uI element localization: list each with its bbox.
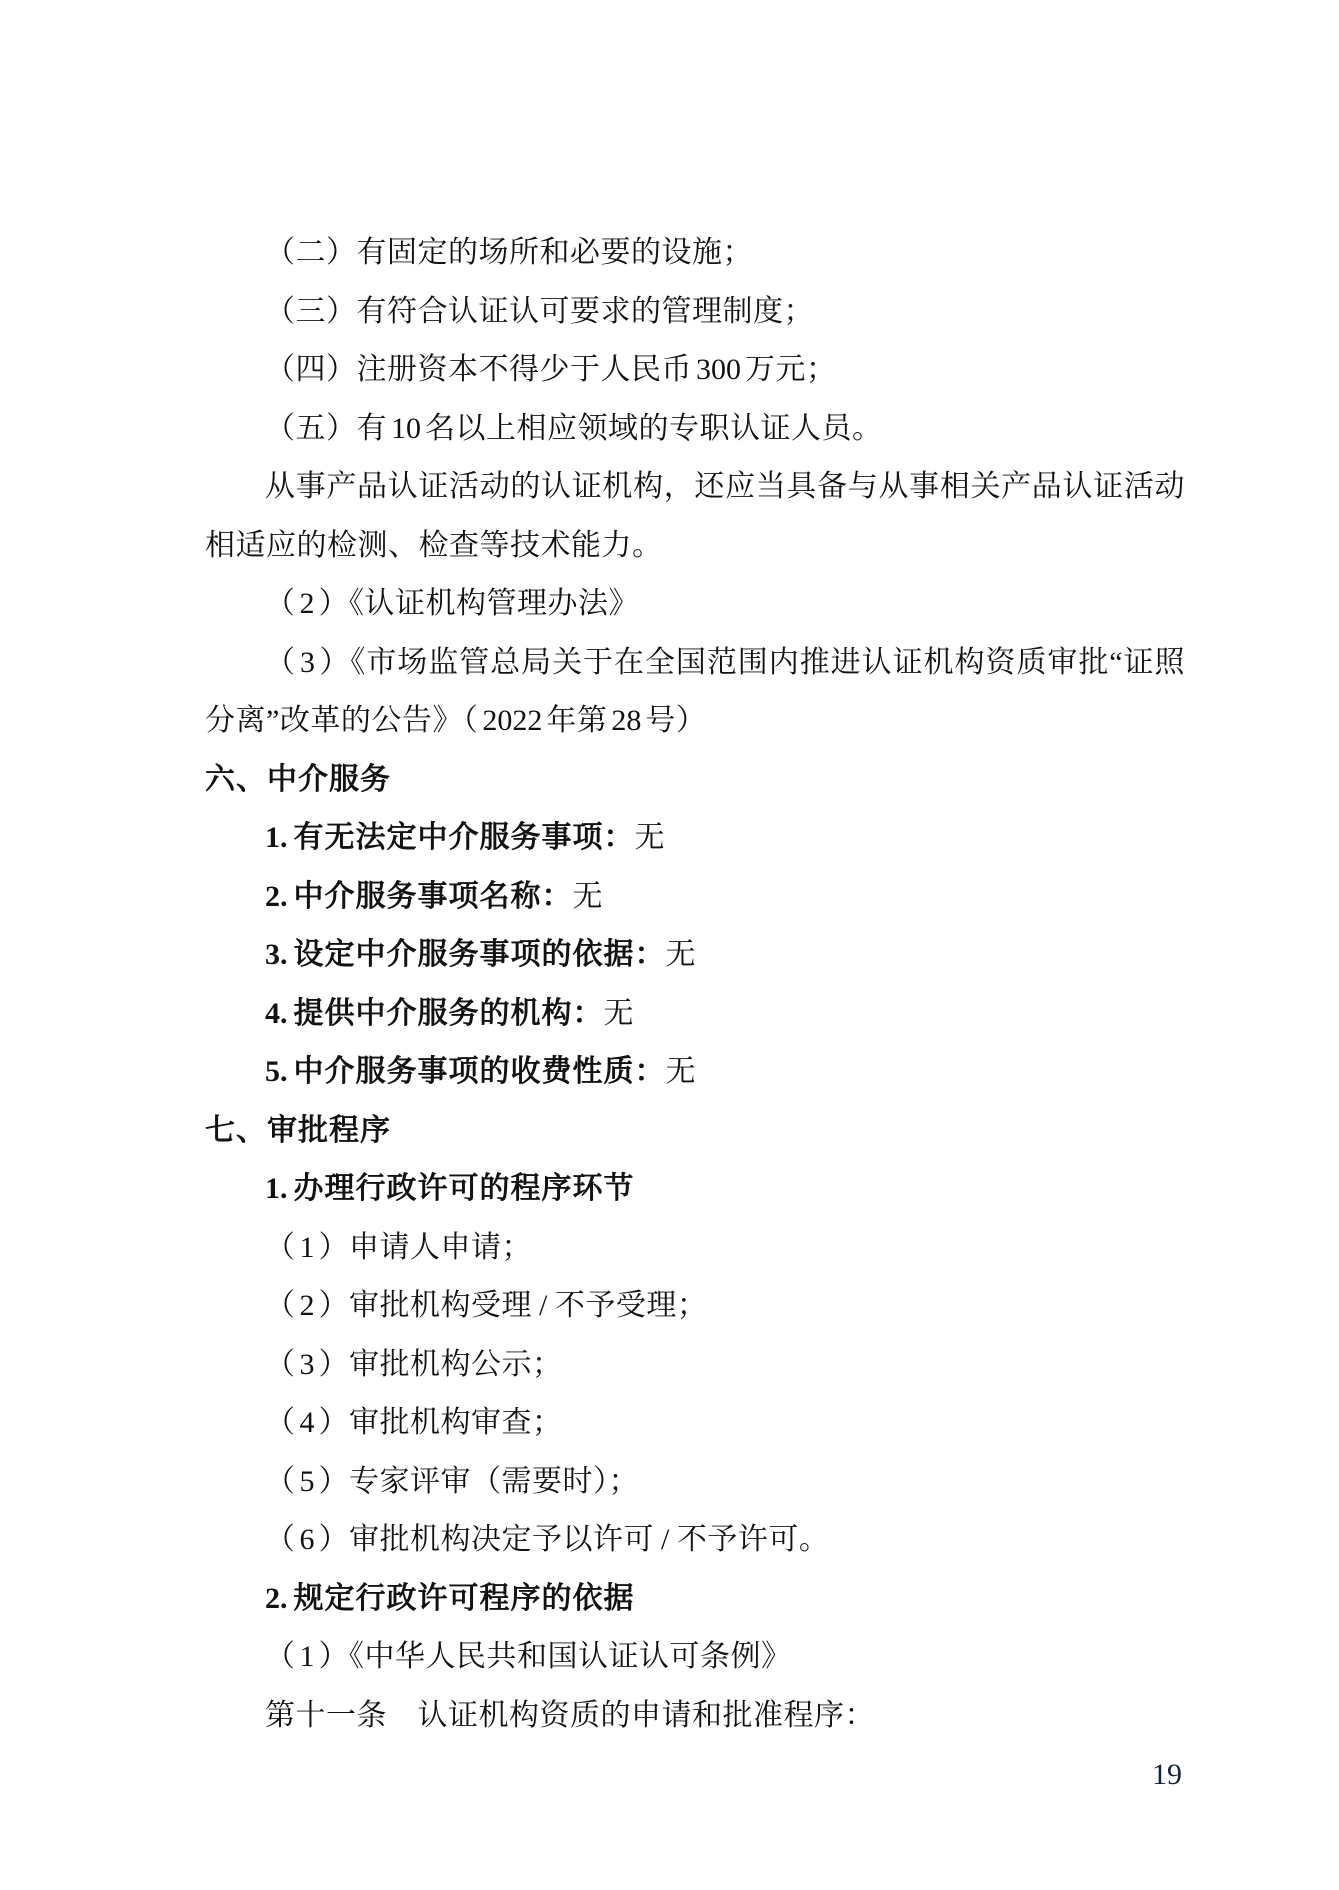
text-line: （4）审批机构审查； bbox=[205, 1394, 1185, 1453]
text-segment: 从事产品认证活动的认证机构，还应当具备与从事相关产品认证活动 bbox=[265, 470, 1185, 503]
text-segment: 2 bbox=[300, 587, 315, 620]
text-segment: （ bbox=[265, 1406, 296, 1439]
text-segment: 2022 bbox=[482, 704, 542, 737]
text-line: （3）审批机构公示； bbox=[205, 1336, 1185, 1395]
text-segment: （四）注册资本不得少于人民币 bbox=[265, 353, 692, 386]
text-line: 分离”改革的公告》（2022年第28号） bbox=[205, 692, 1185, 751]
text-segment: 分离”改革的公告》（ bbox=[205, 704, 478, 737]
text-line: （6）审批机构决定予以许可/不予许可。 bbox=[205, 1511, 1185, 1570]
text-line: 1.办理行政许可的程序环节 bbox=[205, 1160, 1185, 1219]
text-line: 3.设定中介服务事项的依据：无 bbox=[205, 926, 1185, 985]
text-segment: 4. bbox=[265, 997, 288, 1030]
text-segment: （ bbox=[265, 1523, 296, 1556]
text-segment: 3 bbox=[300, 646, 315, 679]
text-line: （二）有固定的场所和必要的设施； bbox=[205, 224, 1185, 283]
text-block: （二）有固定的场所和必要的设施；（三）有符合认证认可要求的管理制度；（四）注册资… bbox=[205, 224, 1185, 1745]
text-segment: / bbox=[661, 1523, 670, 1556]
text-line: 5.中介服务事项的收费性质：无 bbox=[205, 1043, 1185, 1102]
text-line: （1）《中华人民共和国认证认可条例》 bbox=[205, 1628, 1185, 1687]
text-segment: （ bbox=[265, 1465, 296, 1498]
text-line: 2.规定行政许可程序的依据 bbox=[205, 1570, 1185, 1629]
text-segment: 无 bbox=[635, 821, 666, 854]
text-line: （3）《市场监管总局关于在全国范围内推进认证机构资质审批“证照 bbox=[205, 634, 1185, 693]
text-segment: （ bbox=[265, 1231, 296, 1264]
text-segment: 年第 bbox=[546, 704, 607, 737]
text-segment: ）《市场监管总局关于在全国范围内推进认证机构资质审批“证照 bbox=[319, 646, 1185, 679]
text-segment: 5 bbox=[300, 1465, 315, 1498]
text-segment: 无 bbox=[666, 1055, 697, 1088]
text-line: 4.提供中介服务的机构：无 bbox=[205, 985, 1185, 1044]
text-segment: 无 bbox=[573, 880, 604, 913]
text-line: （2）《认证机构管理办法》 bbox=[205, 575, 1185, 634]
text-line: （2）审批机构受理/不予受理； bbox=[205, 1277, 1185, 1336]
text-segment: （二）有固定的场所和必要的设施； bbox=[265, 236, 753, 269]
text-segment: 相适应的检测、检查等技术能力。 bbox=[205, 529, 663, 562]
text-segment: （ bbox=[265, 587, 296, 620]
text-line: 1.有无法定中介服务事项：无 bbox=[205, 809, 1185, 868]
text-line: （四）注册资本不得少于人民币300万元； bbox=[205, 341, 1185, 400]
section-heading-6: 六、中介服务 bbox=[205, 751, 1185, 810]
text-segment: 号） bbox=[645, 704, 706, 737]
text-segment: （ bbox=[265, 646, 296, 679]
text-line: 2.中介服务事项名称：无 bbox=[205, 868, 1185, 927]
text-segment: 6 bbox=[300, 1523, 315, 1556]
page-number: 19 bbox=[205, 1757, 1182, 1793]
text-segment: 1. bbox=[265, 821, 288, 854]
bold-text-segment: 有无法定中介服务事项： bbox=[294, 821, 635, 854]
text-segment: （ bbox=[265, 1289, 296, 1322]
text-segment: 第十一条 认证机构资质的申请和批准程序： bbox=[265, 1699, 875, 1732]
text-segment: 1 bbox=[300, 1640, 315, 1673]
bold-text-segment: 提供中介服务的机构： bbox=[294, 997, 604, 1030]
text-segment: 1. bbox=[265, 1172, 288, 1205]
text-segment: ）审批机构决定予以许可 bbox=[319, 1523, 655, 1556]
text-segment: 无 bbox=[666, 938, 697, 971]
text-segment: 名以上相应领域的专职认证人员。 bbox=[425, 412, 883, 445]
text-segment: ）申请人申请； bbox=[319, 1231, 533, 1264]
text-segment: 万元； bbox=[745, 353, 837, 386]
bold-text-segment: 设定中介服务事项的依据： bbox=[294, 938, 666, 971]
text-segment: 2 bbox=[300, 1289, 315, 1322]
text-segment: 2. bbox=[265, 1582, 288, 1615]
text-segment: 3 bbox=[300, 1348, 315, 1381]
text-segment: （三）有符合认证认可要求的管理制度； bbox=[265, 295, 814, 328]
text-segment: 3. bbox=[265, 938, 288, 971]
bold-text-segment: 六、中介服务 bbox=[205, 763, 391, 796]
text-segment: ）审批机构审查； bbox=[319, 1406, 563, 1439]
text-segment: ）审批机构公示； bbox=[319, 1348, 563, 1381]
text-line: 从事产品认证活动的认证机构，还应当具备与从事相关产品认证活动 bbox=[205, 458, 1185, 517]
text-segment: 300 bbox=[696, 353, 741, 386]
text-line: 第十一条 认证机构资质的申请和批准程序： bbox=[205, 1687, 1185, 1746]
section-heading-7: 七、审批程序 bbox=[205, 1102, 1185, 1161]
text-segment: ）审批机构受理 bbox=[319, 1289, 533, 1322]
text-line: （三）有符合认证认可要求的管理制度； bbox=[205, 283, 1185, 342]
text-segment: （五）有 bbox=[265, 412, 387, 445]
text-line: （5）专家评审（需要时）； bbox=[205, 1453, 1185, 1512]
text-segment: 1 bbox=[300, 1231, 315, 1264]
text-line: 相适应的检测、检查等技术能力。 bbox=[205, 517, 1185, 576]
text-segment: 无 bbox=[604, 997, 635, 1030]
document-page: （二）有固定的场所和必要的设施；（三）有符合认证认可要求的管理制度；（四）注册资… bbox=[0, 0, 1339, 1890]
bold-text-segment: 中介服务事项的收费性质： bbox=[294, 1055, 666, 1088]
text-segment: ）《中华人民共和国认证认可条例》 bbox=[319, 1640, 792, 1673]
text-segment: 28 bbox=[611, 704, 641, 737]
text-segment: ）专家评审（需要时）； bbox=[319, 1465, 640, 1498]
text-segment: 不予受理； bbox=[555, 1289, 708, 1322]
text-segment: 5. bbox=[265, 1055, 288, 1088]
text-segment: 不予许可。 bbox=[677, 1523, 830, 1556]
bold-text-segment: 七、审批程序 bbox=[205, 1114, 391, 1147]
text-line: （五）有10名以上相应领域的专职认证人员。 bbox=[205, 400, 1185, 459]
text-segment: / bbox=[539, 1289, 548, 1322]
text-segment: 10 bbox=[391, 412, 421, 445]
text-line: （1）申请人申请； bbox=[205, 1219, 1185, 1278]
text-segment: ）《认证机构管理办法》 bbox=[319, 587, 640, 620]
text-segment: 2. bbox=[265, 880, 288, 913]
bold-text-segment: 办理行政许可的程序环节 bbox=[294, 1172, 635, 1205]
bold-text-segment: 中介服务事项名称： bbox=[294, 880, 573, 913]
text-segment: （ bbox=[265, 1348, 296, 1381]
text-segment: （ bbox=[265, 1640, 296, 1673]
text-segment: 4 bbox=[300, 1406, 315, 1439]
bold-text-segment: 规定行政许可程序的依据 bbox=[294, 1582, 635, 1615]
